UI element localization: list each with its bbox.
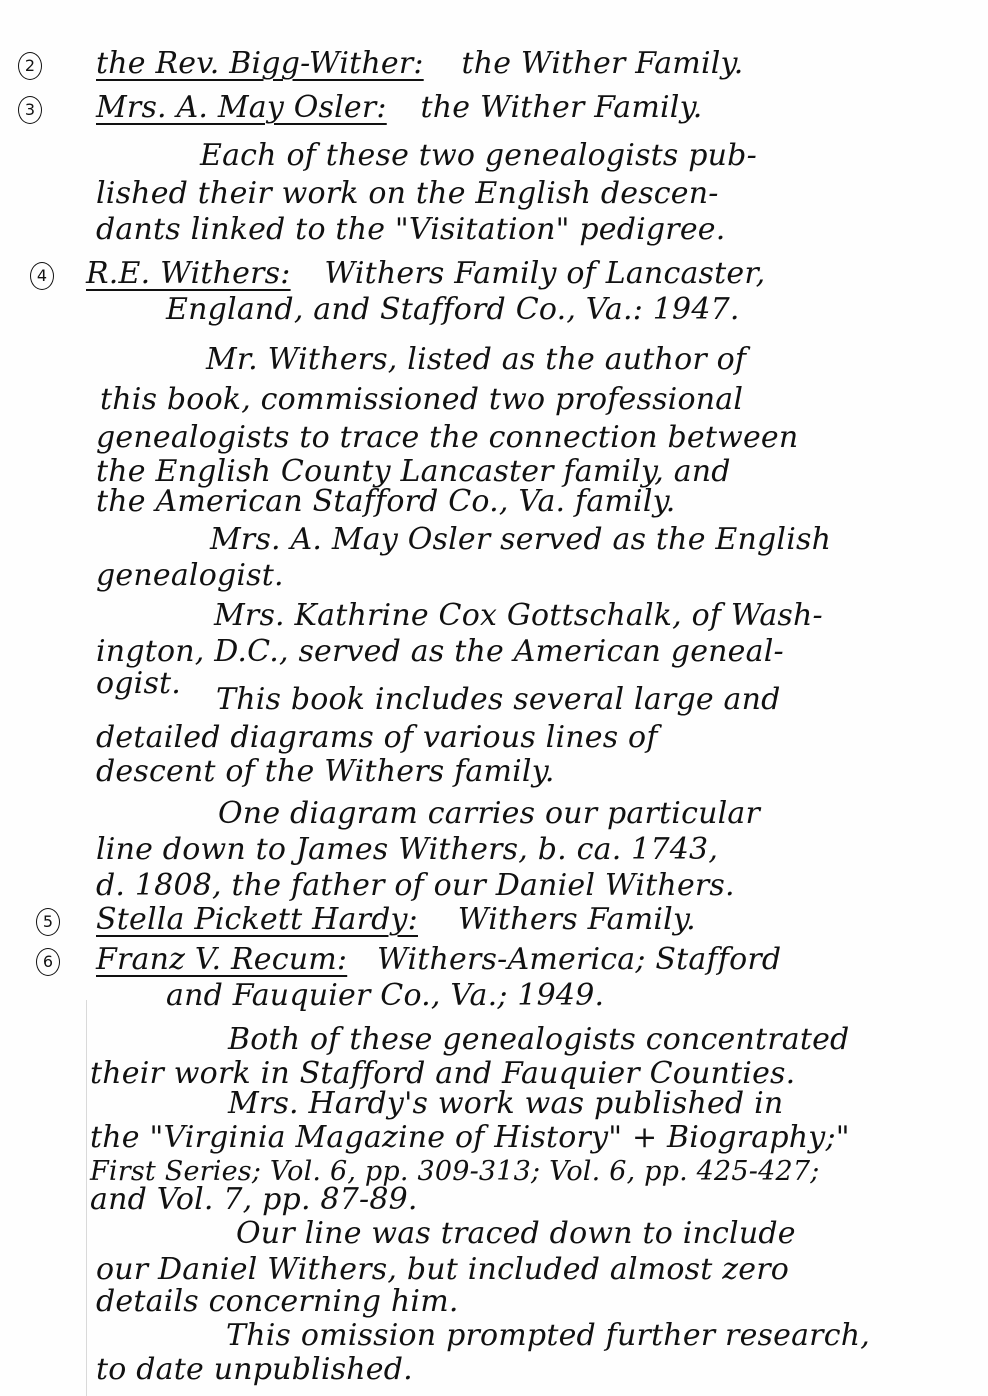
paragraph-line: ington, D.C., served as the American gen… [96, 632, 784, 672]
entry-6-title: Withers-America; Stafford [377, 942, 781, 977]
paragraph-line: Mrs. A. May Osler served as the English [210, 520, 831, 560]
entry-3-author: Mrs. A. May Osler: [96, 90, 387, 125]
entry-6-author: Franz V. Recum: [96, 942, 347, 977]
paragraph-line: Each of these two genealogists pub- [200, 136, 757, 176]
entry-4-author: R.E. Withers: [86, 256, 291, 291]
paragraph-line: line down to James Withers, b. ca. 1743, [96, 830, 718, 870]
handwritten-page: 2 the Rev. Bigg-Wither: the Wither Famil… [0, 0, 988, 1396]
entry-number-circle: 5 [36, 908, 60, 936]
entry-number-circle: 3 [18, 96, 42, 124]
paragraph-line: this book, commissioned two professional [100, 380, 743, 420]
entry-3-line: Mrs. A. May Osler: the Wither Family. [96, 88, 702, 128]
paragraph-line: Mr. Withers, listed as the author of [206, 340, 746, 380]
entry-number-circle: 6 [36, 948, 60, 976]
entry-3-title: the Wither Family. [421, 90, 703, 125]
entry-4-line: R.E. Withers: Withers Family of Lancaste… [86, 254, 765, 294]
entry-number-circle: 4 [30, 262, 54, 290]
paragraph-line: One diagram carries our particular [218, 794, 760, 834]
entry-2-line: the Rev. Bigg-Wither: the Wither Family. [96, 44, 743, 84]
entry-number-circle: 2 [18, 52, 42, 80]
paragraph-line: This book includes several large and [216, 680, 781, 720]
paragraph-line: Our line was traced down to include [236, 1214, 796, 1254]
entry-5-title: Withers Family. [458, 902, 696, 937]
paragraph-line: to date unpublished. [96, 1350, 413, 1390]
entry-6-line: Franz V. Recum: Withers-America; Staffor… [96, 940, 781, 980]
paragraph-line: ogist. [96, 664, 181, 704]
entry-4-title-cont: England, and Stafford Co., Va.: 1947. [166, 290, 740, 330]
paragraph-line: descent of the Withers family. [96, 752, 555, 792]
paragraph-line: the American Stafford Co., Va. family. [96, 482, 676, 522]
paragraph-line: genealogist. [96, 556, 284, 596]
entry-2-author: the Rev. Bigg-Wither: [96, 46, 424, 81]
entry-6-title-cont: and Fauquier Co., Va.; 1949. [166, 976, 604, 1016]
entry-2-title: the Wither Family. [461, 46, 743, 81]
entry-5-line: Stella Pickett Hardy: Withers Family. [96, 900, 696, 940]
paragraph-line: lished their work on the English descen- [96, 174, 719, 214]
entry-4-title: Withers Family of Lancaster, [324, 256, 765, 291]
page-edge-shadow [86, 1000, 87, 1396]
paragraph-line: Mrs. Kathrine Cox Gottschalk, of Wash- [214, 596, 823, 636]
entry-5-author: Stella Pickett Hardy: [96, 902, 418, 937]
paragraph-line: dants linked to the "Visitation" pedigre… [96, 210, 725, 250]
